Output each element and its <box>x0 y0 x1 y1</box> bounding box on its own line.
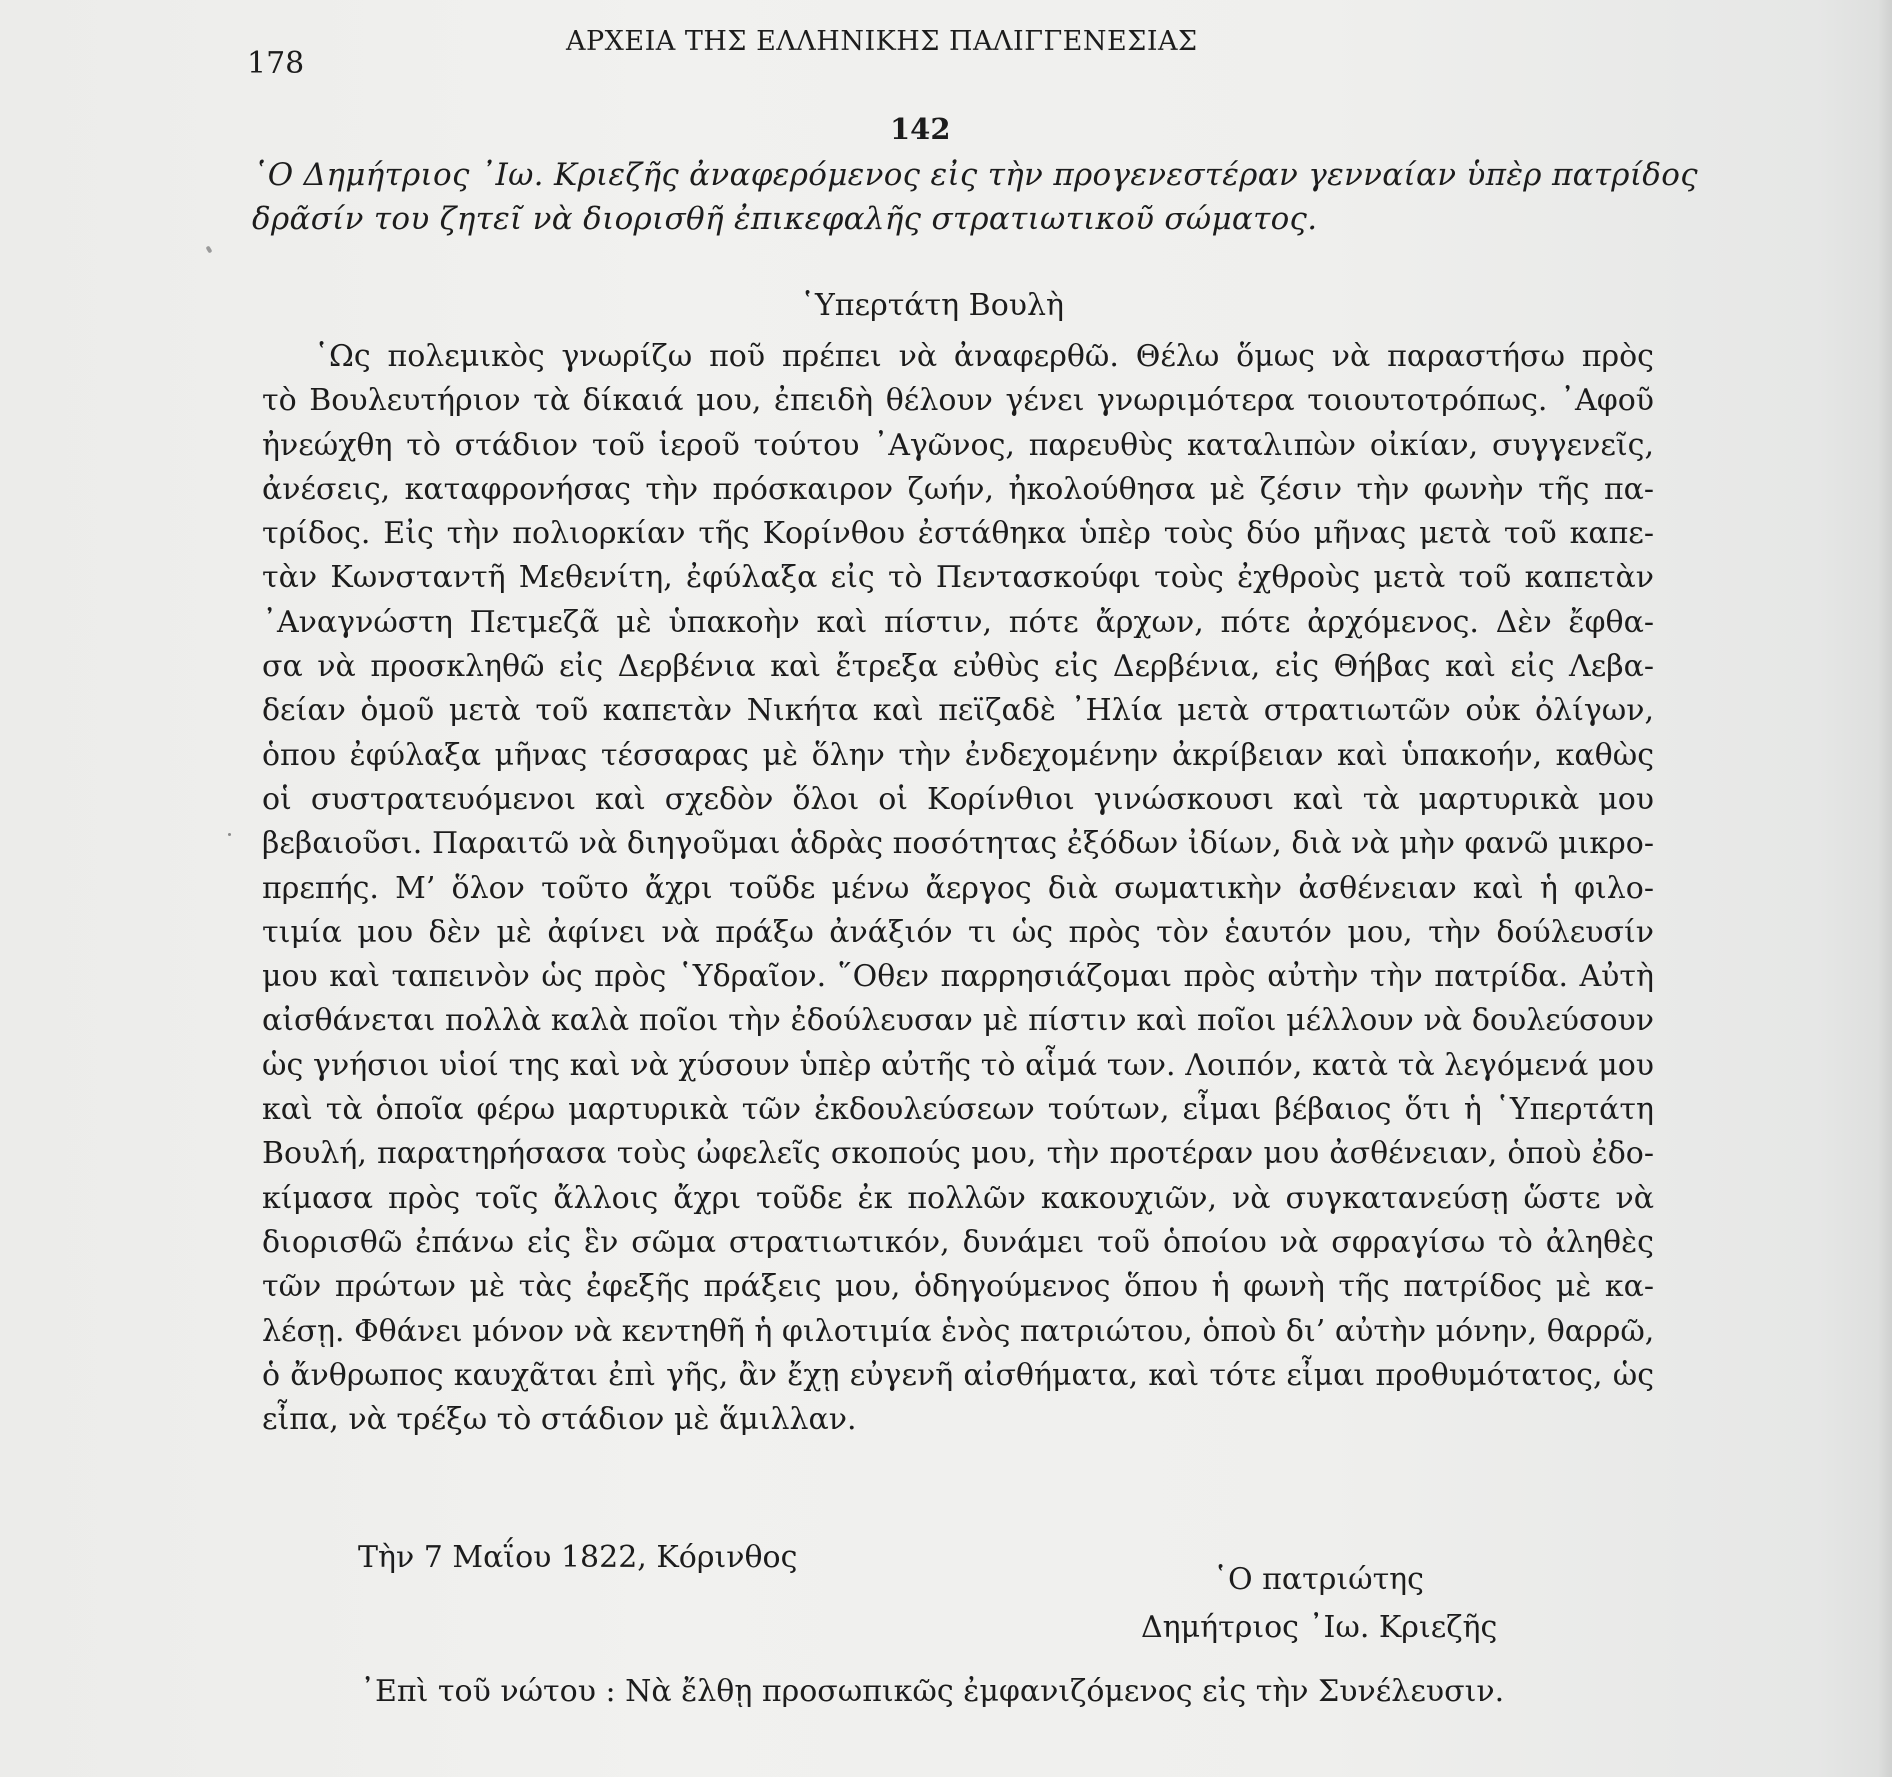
document-summary-line: δρᾶσίν του ζητεῖ νὰ διορισθῆ ἐπικεφαλῆς … <box>252 201 1317 237</box>
signature: Δημήτριος ᾿Ιω. Κριεζῆς <box>1141 1610 1497 1645</box>
body-line: σα νὰ προσκληθῶ εἰς Δερβένια καὶ ἔτρεξα … <box>262 645 1654 689</box>
page-edge-shadow <box>1878 0 1892 1777</box>
body-line: Βουλή, παρατηρήσασα τοὺς ὠφελεῖς σκοπούς… <box>262 1132 1654 1176</box>
body-line: καὶ τὰ ὁποῖα φέρω μαρτυρικὰ τῶν ἐκδουλεύ… <box>262 1088 1654 1132</box>
body-line: διορισθῶ ἐπάνω εἰς ἓν σῶμα στρατιωτικόν,… <box>262 1221 1654 1265</box>
body-line: τρίδος. Εἰς τὴν πολιορκίαν τῆς Κορίνθου … <box>262 512 1654 556</box>
body-line: ῾Ως πολεμικὸς γνωρίζω ποῦ πρέπει νὰ ἀναφ… <box>262 335 1654 379</box>
body-line: δείαν ὁμοῦ μετὰ τοῦ καπετὰν Νικήτα καὶ π… <box>262 689 1654 733</box>
document-summary-line: ῾Ο Δημήτριος ᾿Ιω. Κριεζῆς ἀναφερόμενος ε… <box>252 157 1698 193</box>
body-line: πρεπής. Μ’ ὅλον τοῦτο ἄχρι τοῦδε μένω ἄε… <box>262 867 1654 911</box>
body-line: ἠνεώχθη τὸ στάδιον τοῦ ἱεροῦ τούτου ᾿Αγῶ… <box>262 424 1654 468</box>
letter-body: ῾Ως πολεμικὸς γνωρίζω ποῦ πρέπει νὰ ἀναφ… <box>262 335 1662 1442</box>
body-line: ὡς γνήσιοι υἱοί της καὶ νὰ χύσουν ὑπὲρ α… <box>262 1044 1654 1088</box>
body-line: ἀνέσεις, καταφρονήσας τὴν πρόσκαιρον ζωή… <box>262 468 1654 512</box>
salutation: ῾Υπερτάτη Βουλὴ <box>800 288 1064 323</box>
body-line: αἰσθάνεται πολλὰ καλὰ ποῖοι τὴν ἐδούλευσ… <box>262 999 1654 1043</box>
scan-speck <box>206 245 213 253</box>
body-line: τὰν Κωνσταντῆ Μεθενίτη, ἐφύλαξα εἰς τὸ Π… <box>262 556 1654 600</box>
body-line: τῶν πρώτων μὲ τὰς ἐφεξῆς πράξεις μου, ὁδ… <box>262 1265 1654 1309</box>
body-line: τιμία μου δὲν μὲ ἀφίνει νὰ πράξω ἀνάξιόν… <box>262 911 1654 955</box>
body-line: κίμασα πρὸς τοῖς ἄλλοις ἄχρι τοῦδε ἐκ πο… <box>262 1177 1654 1221</box>
body-line: μου καὶ ταπεινὸν ὡς πρὸς ῾Υδραῖον. ῞Οθεν… <box>262 955 1654 999</box>
date-place: Τὴν 7 Μαΐου 1822, Κόρινθος <box>358 1540 797 1575</box>
body-line: εἶπα, νὰ τρέξω τὸ στάδιον μὲ ἅμιλλαν. <box>262 1398 1654 1442</box>
running-title: ΑΡΧΕΙΑ ΤΗΣ ΕΛΛΗΝΙΚΗΣ ΠΑΛΙΓΓΕΝΕΣΙΑΣ <box>566 26 1198 57</box>
scan-speck <box>228 833 231 836</box>
body-line: τὸ Βουλευτήριον τὰ δίκαιά μου, ἐπειδὴ θέ… <box>262 379 1654 423</box>
body-line: ὁπου ἐφύλαξα μῆνας τέσσαρας μὲ ὅλην τὴν … <box>262 734 1654 778</box>
page-number: 178 <box>247 46 304 81</box>
body-line: ὁ ἄνθρωπος καυχᾶται ἐπὶ γῆς, ἂν ἔχῃ εὐγε… <box>262 1354 1654 1398</box>
document-number: 142 <box>890 112 951 146</box>
body-line: οἱ συστρατευόμενοι καὶ σχεδὸν ὅλοι οἱ Κο… <box>262 778 1654 822</box>
closing: ῾Ο πατριώτης <box>1213 1562 1424 1597</box>
body-line: λέσῃ. Φθάνει μόνον νὰ κεντηθῆ ἡ φιλοτιμί… <box>262 1310 1654 1354</box>
body-line: ᾿Αναγνώστη Πετμεζᾶ μὲ ὑπακοὴν καὶ πίστιν… <box>262 601 1654 645</box>
endorsement-note: ᾿Επὶ τοῦ νώτου : Νὰ ἔλθῃ προσωπικῶς ἐμφα… <box>360 1674 1504 1709</box>
body-line: βεβαιοῦσι. Παραιτῶ νὰ διηγοῦμαι ἁδρὰς πο… <box>262 822 1654 866</box>
